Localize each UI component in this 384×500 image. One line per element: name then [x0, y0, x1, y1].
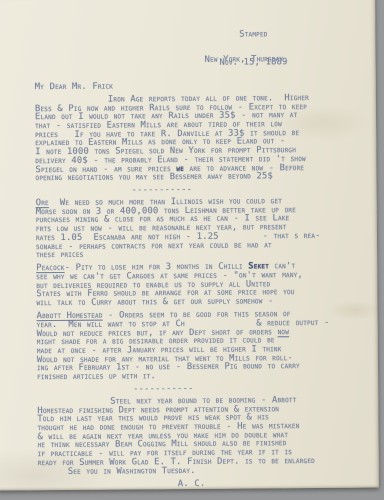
- text-line: finished articles up with it.: [37, 371, 353, 382]
- letter-paper: Stamped Nov. 15, 1889 New York, Thursday…: [0, 0, 379, 490]
- text-line: opening negotiations you may see Besseme…: [35, 172, 351, 183]
- text-line: See you in Washington Tuesday.: [38, 465, 354, 476]
- divider-line: -----------: [37, 384, 353, 395]
- stamp-block: Stamped Nov. 15, 1889: [193, 11, 314, 86]
- typed-text: See you in Washington Tuesday.: [68, 465, 196, 476]
- dateline: New York, Thursday: [205, 54, 284, 65]
- paragraph: Iron Age reports today all of one tone. …: [35, 94, 352, 183]
- paragraph: Steel next year bound to be booming - Ab…: [37, 396, 354, 477]
- typed-text: these prices: [36, 250, 84, 260]
- paragraph: Ore We need so much more than Illinois w…: [36, 197, 352, 260]
- salutation: My Dear Mr. Frick: [35, 82, 113, 93]
- paragraph: Abbott Homestead - Orders seem to be goo…: [37, 310, 354, 382]
- typed-text: finished articles up with it.: [37, 371, 156, 382]
- letter-body: Iron Age reports today all of one tone. …: [35, 94, 354, 490]
- typed-text: opening negotiations you may see Besseme…: [35, 172, 273, 184]
- underlined-text: now: [278, 327, 290, 337]
- signature: A. C.: [38, 479, 354, 490]
- divider-line: -----------: [36, 185, 352, 196]
- typed-text: will talk to Curry about this & get our …: [36, 296, 273, 308]
- paragraph: Peacock- Pity to lose him for 3 months i…: [36, 262, 352, 308]
- stamp-label: Stamped: [193, 30, 313, 40]
- text-line: will talk to Curry about this & get our …: [36, 297, 352, 308]
- text-line: these prices: [36, 249, 352, 260]
